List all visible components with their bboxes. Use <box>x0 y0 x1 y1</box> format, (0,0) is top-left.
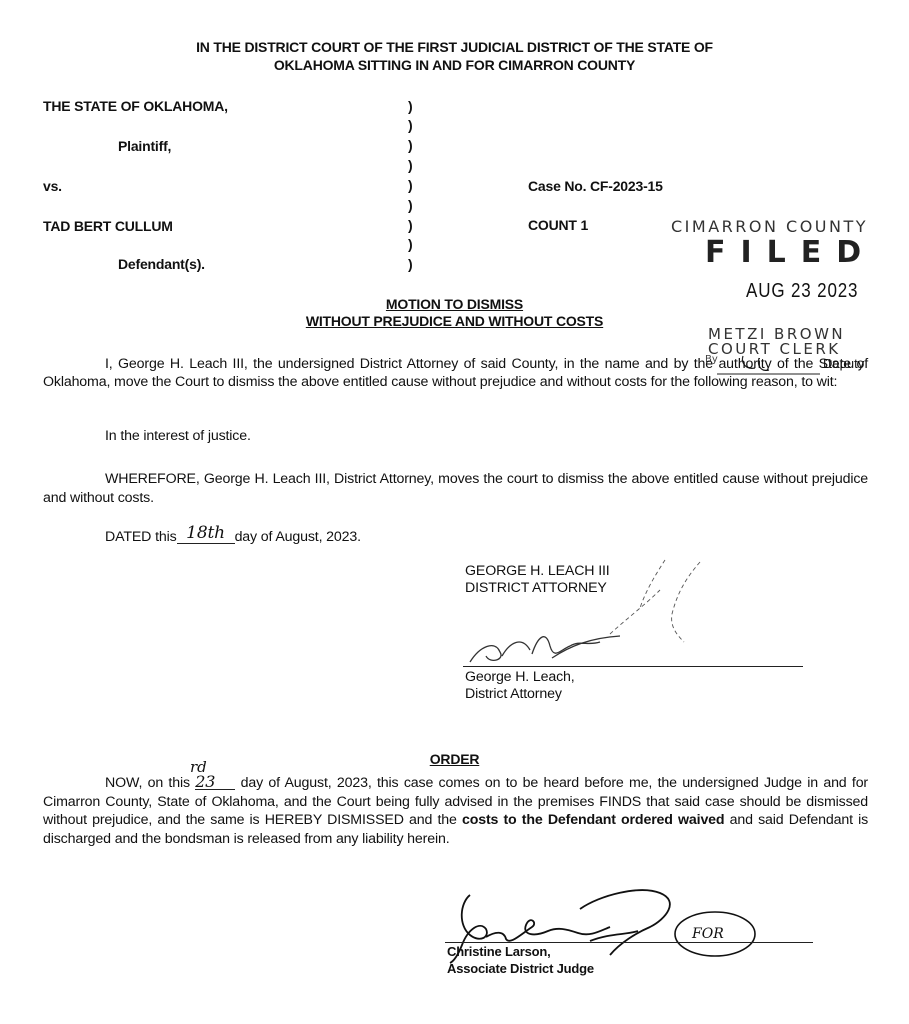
paren: ) <box>408 256 413 272</box>
motion-paragraph: I, George H. Leach III, the undersigned … <box>43 355 868 391</box>
motion-reason: In the interest of justice. <box>105 428 251 444</box>
versus-label: vs. <box>43 178 62 194</box>
case-number: Case No. CF-2023-15 <box>528 178 663 194</box>
dated-suffix: day of August, 2023. <box>235 529 361 545</box>
judge-signature-line <box>445 942 813 943</box>
order-paragraph: NOW, on this 23 day of August, 2023, thi… <box>43 774 868 848</box>
paren: ) <box>408 117 413 133</box>
order-bold-phrase: costs to the Defendant ordered waived <box>462 812 725 828</box>
stamp-county: CIMARRON COUNTY <box>671 217 868 236</box>
stamp-filed: FILED <box>705 235 876 270</box>
judge-name: Christine Larson, <box>447 944 551 959</box>
dated-line: DATED this18thday of August, 2023. <box>105 526 361 547</box>
order-now-prefix: NOW, on this <box>105 775 190 791</box>
da-signed-name: George H. Leach, <box>465 669 575 685</box>
paren: ) <box>408 98 413 114</box>
wherefore-paragraph: WHEREFORE, George H. Leach III, District… <box>43 470 868 508</box>
court-header-line-1: IN THE DISTRICT COURT OF THE FIRST JUDIC… <box>0 39 909 55</box>
judge-for-mark: FOR <box>692 926 724 942</box>
paren: ) <box>408 137 413 153</box>
count-label: COUNT 1 <box>528 217 588 233</box>
paren: ) <box>408 157 413 173</box>
defendant-label: Defendant(s). <box>118 256 205 272</box>
order-day-handwritten: 23 <box>195 775 235 790</box>
dated-prefix: DATED this <box>105 529 177 545</box>
dated-day-handwritten: 18th <box>177 523 235 544</box>
paren: ) <box>408 197 413 213</box>
da-signed-title: District Attorney <box>465 686 562 702</box>
paren: ) <box>408 217 413 233</box>
order-title: ORDER <box>0 751 909 767</box>
plaintiff-name: THE STATE OF OKLAHOMA, <box>43 98 228 114</box>
da-handwritten-signature <box>460 550 720 670</box>
motion-title-line-1: MOTION TO DISMISS <box>0 296 909 312</box>
plaintiff-label: Plaintiff, <box>118 138 171 154</box>
paren: ) <box>408 177 413 193</box>
defendant-name: TAD BERT CULLUM <box>43 218 173 234</box>
da-signature-line <box>463 666 803 667</box>
court-header-line-2: OKLAHOMA SITTING IN AND FOR CIMARRON COU… <box>0 57 909 73</box>
paren: ) <box>408 236 413 252</box>
motion-title-line-2: WITHOUT PREJUDICE AND WITHOUT COSTS <box>0 313 909 329</box>
judge-title: Associate District Judge <box>447 961 594 976</box>
